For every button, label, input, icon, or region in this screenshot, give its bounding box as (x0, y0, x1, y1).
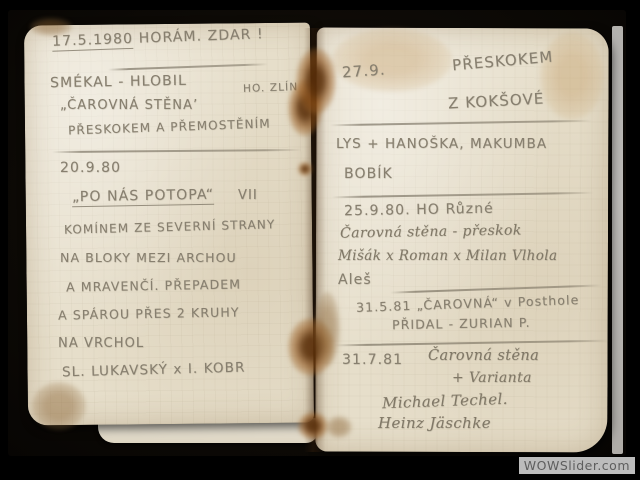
right-entry4-climber-2: Heinz Jäschke (378, 414, 491, 432)
right-entry3-climbers: PŘIDAL - ZURIAN P. (392, 315, 531, 332)
right-entry2-climbers: Mišák x Roman x Milan Vlhola (338, 248, 557, 264)
left-entry1-club: HO. ZLÍN (243, 81, 299, 95)
left-entry2-route-name: „PO NÁS POTOPA“ (72, 187, 214, 205)
right-entry2-climber-ales: Aleš (338, 272, 372, 288)
left-entry2-desc-2: NA BLOKY MEZI ARCHOU (60, 250, 237, 265)
scan-edge-band (612, 26, 623, 454)
slider-frame: 17.5.1980 HORÁM. ZDAR ! SMÉKAL - HLOBIL … (0, 0, 640, 480)
right-entry4-date: 31.7.81 (342, 352, 403, 368)
wowslider-watermark-link[interactable]: WOWSlider.com (519, 457, 635, 474)
left-entry2-grade: VII (238, 188, 258, 203)
left-entry2-desc-3: A MRAVENČÍ. PŘEPADEM (66, 276, 241, 294)
right-entry1-date: 27.9. (341, 60, 386, 81)
left-entry1-climbers: SMÉKAL - HLOBIL (50, 73, 187, 91)
right-entry4-variant: + Varianta (452, 370, 532, 386)
left-entry2-route-title: „PO NÁS POTOPA“ (72, 187, 214, 207)
right-entry1-climbers-1: LYS + HANOŠKA, MAKUMBA (336, 136, 547, 152)
left-entry1-route-name: „ČAROVNÁ STĚNA’ (60, 98, 198, 113)
left-entry2-desc-5: NA VRCHOL (58, 336, 144, 351)
left-entry2-desc-4: A SPÁROU PŘES 2 KRUHY (58, 304, 240, 322)
right-entry2-route-name: Čarovná stěna - přeskok (340, 222, 522, 241)
right-entry2-date-line: 25.9.80. HO Různé (344, 201, 494, 220)
right-entry4-route-name: Čarovná stěna (428, 348, 539, 364)
left-entry2-date: 20.9.80 (60, 160, 121, 176)
left-entry1-date: 17.5.1980 (52, 31, 134, 52)
right-entry1-climbers-2: BOBÍK (344, 166, 393, 182)
